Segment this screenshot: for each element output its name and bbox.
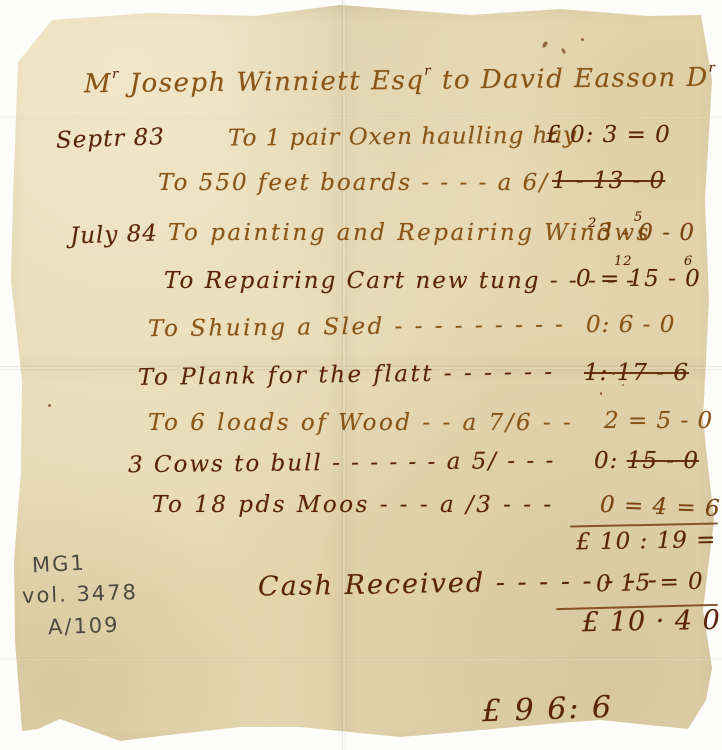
- row-amount: 0 = 4 = 6: [600, 492, 722, 522]
- row-desc: To Shuing a Sled - - - - - - - - -: [148, 312, 566, 342]
- row-amount-struck: 1: 17 - 6: [584, 360, 689, 386]
- row-amount-struck: 1 - 13 - 0: [552, 168, 665, 194]
- header-superscript: r: [112, 67, 120, 82]
- subtotal-amount: £ 10 : 19 = 0: [576, 527, 722, 556]
- correction-sup: 2: [588, 216, 597, 231]
- pencil-line-volume: vol. 3478: [22, 580, 139, 608]
- row-desc: To 550 feet boards - - - - a 6/: [158, 170, 549, 196]
- ink-speck: [581, 38, 584, 41]
- correction-sup: 12: [614, 254, 633, 269]
- ink-speck: [600, 392, 602, 395]
- header-superscript: r: [709, 61, 717, 76]
- ink-speck: [48, 404, 51, 407]
- ink-speck: [622, 384, 624, 386]
- row-amount: 2 = 5 - 0: [604, 408, 713, 434]
- row-desc: To Repairing Cart new tung - - - - -: [164, 268, 636, 294]
- pencil-line-collection: MG1: [31, 551, 86, 578]
- row-desc: To 1 pair Oxen haulling hay: [228, 122, 577, 151]
- header-part: to David Easson D: [432, 63, 709, 96]
- amount-text: 0 = 15 - 0: [576, 266, 701, 292]
- row-amount: £ 0: 3 = 0: [546, 122, 671, 148]
- manuscript-photo: Mr Joseph Winniett Esqr to David Easson …: [0, 0, 722, 750]
- correction-sup: 5: [634, 210, 643, 225]
- amount-text: 0:: [594, 448, 627, 474]
- final-amount: £ 9 6: 6: [481, 690, 613, 730]
- row-amount: 0: 15 - 0: [594, 448, 699, 474]
- row-date: Septr 83: [56, 124, 166, 154]
- cash-received-amount: 0 15 = 0: [596, 569, 704, 598]
- ink-speck: [612, 372, 615, 375]
- row-desc: To painting and Repairing Windws: [168, 220, 651, 246]
- header-part: Joseph Winniett Esq: [120, 66, 425, 99]
- row-desc: 3 Cows to bull - - - - - - a 5/ - - -: [128, 448, 556, 478]
- pencil-line-item: A/109: [48, 613, 120, 639]
- header-superscript: r: [424, 64, 432, 79]
- row-amount: 23 - 0 - 05: [588, 220, 695, 246]
- row-amount: 0: 6 - 0: [586, 312, 675, 338]
- row-desc: To 6 loads of Wood - - a 7/6 - -: [148, 410, 573, 436]
- correction-sup: 6: [684, 254, 693, 269]
- row-date: July 84: [70, 220, 159, 249]
- row-desc: To 18 pds Moos - - - a /3 - - -: [152, 492, 554, 518]
- amount-struck-part: 15 - 0: [627, 448, 699, 474]
- amount-text: 3 - 0 - 0: [597, 220, 695, 246]
- row-amount: 0 = 15 - 0126: [576, 266, 701, 292]
- header-part: M: [84, 69, 112, 99]
- balance-amount: £ 10 · 4 0: [582, 605, 721, 638]
